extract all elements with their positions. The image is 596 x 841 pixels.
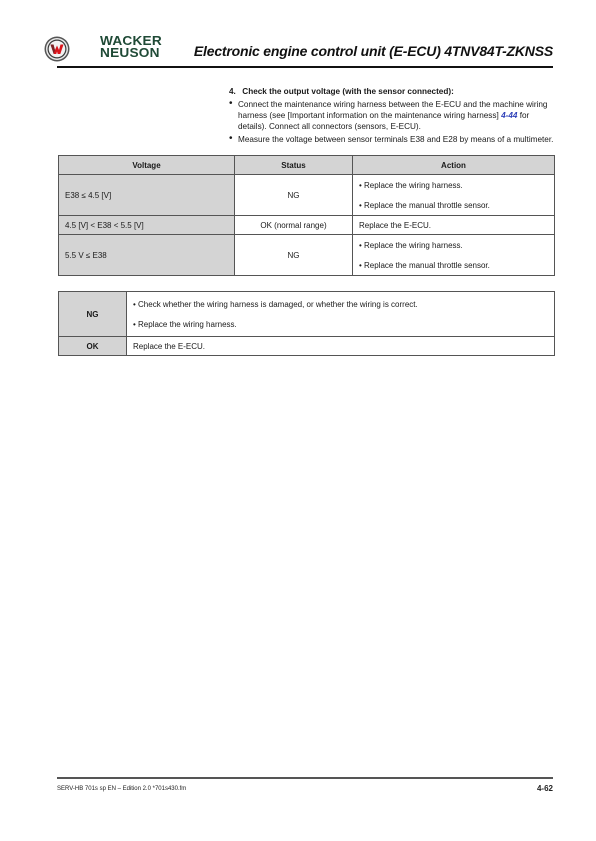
table-row: E38 ≤ 4.5 [V] NG • Replace the wiring ha… — [59, 175, 555, 216]
table-row: OK Replace the E-ECU. — [59, 337, 555, 356]
wacker-neuson-logo-icon — [44, 36, 70, 62]
result-action-cell: Replace the E-ECU. — [127, 337, 555, 356]
action-item: Replace the E-ECU. — [133, 341, 548, 352]
column-header-action: Action — [353, 156, 555, 175]
brand-wordmark: WACKER NEUSON — [100, 35, 162, 59]
voltage-cell: 5.5 V ≤ E38 — [59, 235, 235, 276]
footer-document-info: SERV-HB 701s sp EN – Edition 2.0 *701s43… — [57, 786, 186, 792]
status-cell: OK (normal range) — [235, 216, 353, 235]
action-cell: Replace the E-ECU. — [353, 216, 555, 235]
instruction-bullet: Measure the voltage between sensor termi… — [229, 134, 559, 145]
page-number: 4-62 — [537, 784, 553, 793]
result-key-cell: OK — [59, 337, 127, 356]
footer-divider — [57, 777, 553, 779]
action-item: • Replace the manual throttle sensor. — [359, 200, 548, 211]
action-item: • Replace the manual throttle sensor. — [359, 260, 548, 271]
table-header-row: Voltage Status Action — [59, 156, 555, 175]
action-cell: • Replace the wiring harness. • Replace … — [353, 235, 555, 276]
result-key-cell: NG — [59, 292, 127, 337]
bullet-text: Measure the voltage between sensor termi… — [238, 135, 553, 144]
step-number: 4. — [229, 86, 240, 97]
table-row: 4.5 [V] < E38 < 5.5 [V] OK (normal range… — [59, 216, 555, 235]
status-cell: NG — [235, 175, 353, 216]
action-item: • Replace the wiring harness. — [133, 319, 548, 330]
voltage-cell: 4.5 [V] < E38 < 5.5 [V] — [59, 216, 235, 235]
column-header-voltage: Voltage — [59, 156, 235, 175]
column-header-status: Status — [235, 156, 353, 175]
status-cell: NG — [235, 235, 353, 276]
step-title: 4. Check the output voltage (with the se… — [229, 86, 559, 97]
step-4-instructions: 4. Check the output voltage (with the se… — [229, 86, 559, 147]
voltage-cell: E38 ≤ 4.5 [V] — [59, 175, 235, 216]
table-row: 5.5 V ≤ E38 NG • Replace the wiring harn… — [59, 235, 555, 276]
result-table: NG • Check whether the wiring harness is… — [58, 291, 555, 356]
step-heading: Check the output voltage (with the senso… — [242, 87, 454, 96]
result-action-cell: • Check whether the wiring harness is da… — [127, 292, 555, 337]
instruction-bullet: Connect the maintenance wiring harness b… — [229, 99, 559, 132]
action-item: • Replace the wiring harness. — [359, 240, 548, 251]
action-cell: • Replace the wiring harness. • Replace … — [353, 175, 555, 216]
action-item: • Check whether the wiring harness is da… — [133, 299, 548, 310]
action-item: • Replace the wiring harness. — [359, 180, 548, 191]
voltage-status-table: Voltage Status Action E38 ≤ 4.5 [V] NG •… — [58, 155, 555, 276]
page-reference-link[interactable]: 4-44 — [501, 111, 517, 120]
brand-line-2: NEUSON — [100, 47, 162, 59]
action-item: Replace the E-ECU. — [359, 220, 548, 231]
table-row: NG • Check whether the wiring harness is… — [59, 292, 555, 337]
document-title: Electronic engine control unit (E-ECU) 4… — [194, 43, 553, 59]
header-divider — [57, 66, 553, 68]
